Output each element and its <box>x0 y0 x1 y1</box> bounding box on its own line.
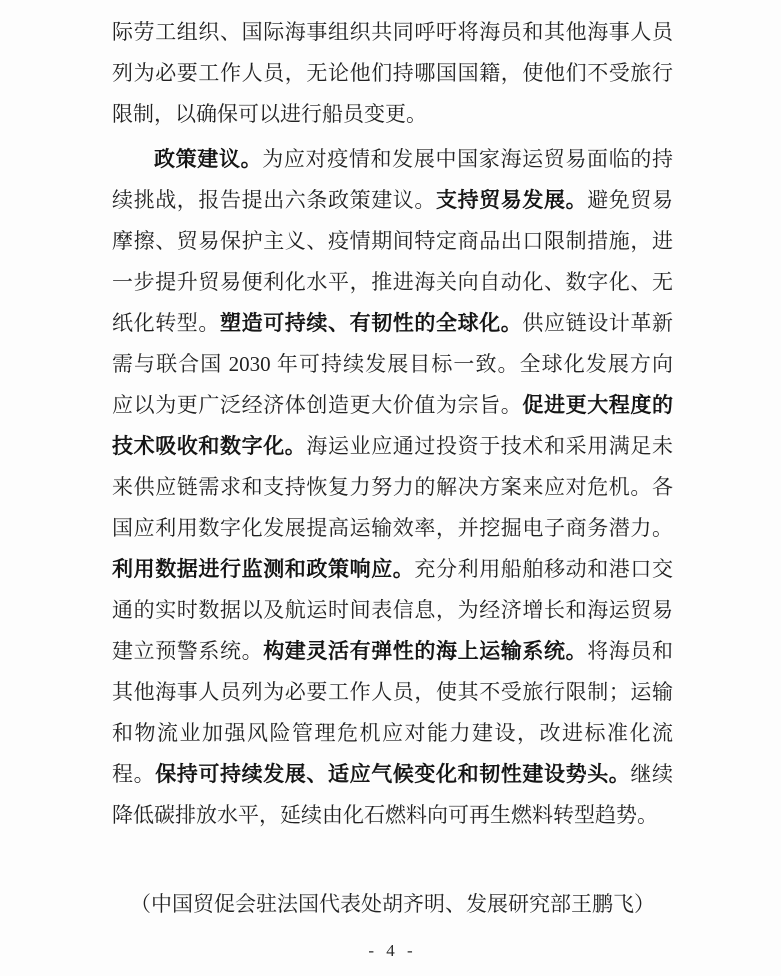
text-segment: 避免贸易 <box>587 188 673 212</box>
paragraph: 际劳工组织、国际海事组织共同呼吁将海员和其他海事人员列为必要工作人员，无论他们持… <box>112 12 673 135</box>
text-line: 其他海事人员列为必要工作人员，使其不受旅行限制；运输 <box>112 672 673 713</box>
text-line: 来供应链需求和支持恢复力努力的解决方案来应对危机。各 <box>112 467 673 508</box>
bold-text-segment: 支持贸易发展。 <box>436 188 587 212</box>
text-segment: 建立预警系统。 <box>112 639 263 663</box>
text-segment: 来供应链需求和支持恢复力努力的解决方案来应对危机。各 <box>112 475 673 499</box>
bold-text-segment: 促进更大程度的 <box>522 393 673 417</box>
text-line: 国应利用数字化发展提高运输效率，并挖掘电子商务潜力。 <box>112 508 673 549</box>
text-line: 列为必要工作人员，无论他们持哪国国籍，使他们不受旅行 <box>112 53 673 94</box>
text-segment: 降低碳排放水平，延续由化石燃料向可再生燃料转型趋势。 <box>112 803 658 827</box>
bold-text-segment: 保持可持续发展、适应气候变化和韧性建设势头。 <box>155 762 630 786</box>
text-segment: 应以为更广泛经济体创造更大价值为宗旨。 <box>112 393 522 417</box>
bold-text-segment: 构建灵活有弹性的海上运输系统。 <box>263 639 587 663</box>
text-line: 限制，以确保可以进行船员变更。 <box>112 94 673 135</box>
text-segment: 续挑战，报告提出六条政策建议。 <box>112 188 436 212</box>
text-segment: 国应利用数字化发展提高运输效率，并挖掘电子商务潜力。 <box>112 516 673 540</box>
bold-text-segment: 技术吸收和数字化。 <box>112 434 306 458</box>
bold-text-segment: 塑造可持续、有韧性的全球化。 <box>220 311 522 335</box>
text-segment: 充分利用船舶移动和港口交 <box>414 557 673 581</box>
text-segment: 程。 <box>112 762 155 786</box>
text-line: 利用数据进行监测和政策响应。充分利用船舶移动和港口交 <box>112 549 673 590</box>
attribution-line: （中国贸促会驻法国代表处胡齐明、发展研究部王鹏飞） <box>112 884 673 925</box>
text-line: 纸化转型。塑造可持续、有韧性的全球化。供应链设计革新 <box>112 303 673 344</box>
bold-text-segment: 政策建议。 <box>154 147 262 171</box>
text-line: 降低碳排放水平，延续由化石燃料向可再生燃料转型趋势。 <box>112 795 673 836</box>
text-segment: 和物流业加强风险管理危机应对能力建设，改进标准化流 <box>112 721 673 745</box>
text-line: 通的实时数据以及航运时间表信息，为经济增长和海运贸易 <box>112 590 673 631</box>
text-line: 续挑战，报告提出六条政策建议。支持贸易发展。避免贸易 <box>112 180 673 221</box>
text-line: 一步提升贸易便利化水平，推进海关向自动化、数字化、无 <box>112 262 673 303</box>
text-segment: 海运业应通过投资于技术和采用满足未 <box>306 434 673 458</box>
bold-text-segment: 利用数据进行监测和政策响应。 <box>112 557 414 581</box>
text-segment: 通的实时数据以及航运时间表信息，为经济增长和海运贸易 <box>112 598 673 622</box>
text-segment: 摩擦、贸易保护主义、疫情期间特定商品出口限制措施，进 <box>112 229 673 253</box>
text-line: 和物流业加强风险管理危机应对能力建设，改进标准化流 <box>112 713 673 754</box>
text-segment: 纸化转型。 <box>112 311 220 335</box>
text-segment: 际劳工组织、国际海事组织共同呼吁将海员和其他海事人员 <box>112 20 673 44</box>
text-segment: 限制，以确保可以进行船员变更。 <box>112 102 427 126</box>
text-line: 政策建议。为应对疫情和发展中国家海运贸易面临的持 <box>112 139 673 180</box>
text-segment: 将海员和 <box>587 639 673 663</box>
text-segment: 为应对疫情和发展中国家海运贸易面临的持 <box>262 147 673 171</box>
text-segment: 需与联合国 2030 年可持续发展目标一致。全球化发展方向 <box>112 352 673 376</box>
text-line: 程。保持可持续发展、适应气候变化和韧性建设势头。继续 <box>112 754 673 795</box>
text-line: 际劳工组织、国际海事组织共同呼吁将海员和其他海事人员 <box>112 12 673 53</box>
text-segment: 列为必要工作人员，无论他们持哪国国籍，使他们不受旅行 <box>112 61 673 85</box>
document-body: 际劳工组织、国际海事组织共同呼吁将海员和其他海事人员列为必要工作人员，无论他们持… <box>112 12 673 836</box>
text-segment: 供应链设计革新 <box>522 311 673 335</box>
text-segment: 其他海事人员列为必要工作人员，使其不受旅行限制；运输 <box>112 680 673 704</box>
text-line: 摩擦、贸易保护主义、疫情期间特定商品出口限制措施，进 <box>112 221 673 262</box>
text-segment: 一步提升贸易便利化水平，推进海关向自动化、数字化、无 <box>112 270 673 294</box>
text-segment: 继续 <box>630 762 673 786</box>
text-line: 技术吸收和数字化。海运业应通过投资于技术和采用满足未 <box>112 426 673 467</box>
text-line: 需与联合国 2030 年可持续发展目标一致。全球化发展方向 <box>112 344 673 385</box>
page-number: - 4 - <box>112 937 673 965</box>
document-page: 际劳工组织、国际海事组织共同呼吁将海员和其他海事人员列为必要工作人员，无论他们持… <box>0 0 781 976</box>
paragraph: 政策建议。为应对疫情和发展中国家海运贸易面临的持续挑战，报告提出六条政策建议。支… <box>112 139 673 836</box>
text-line: 建立预警系统。构建灵活有弹性的海上运输系统。将海员和 <box>112 631 673 672</box>
text-line: 应以为更广泛经济体创造更大价值为宗旨。促进更大程度的 <box>112 385 673 426</box>
